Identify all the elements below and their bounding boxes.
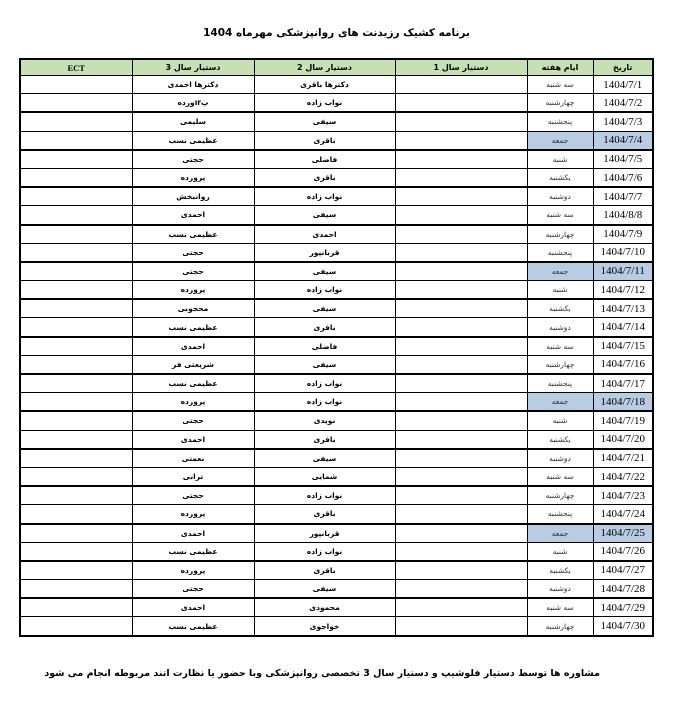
cell-date: 1404/7/14: [593, 318, 653, 337]
table-row: 1404/7/19شنبهنویدیحجتی: [20, 411, 653, 430]
cell-resident-year3: روانبخش: [132, 187, 254, 206]
table-row: 1404/7/1سه شنبهدکترها باقریدکترها احمدی: [20, 76, 653, 94]
cell-resident-year2: سیفی: [254, 299, 395, 318]
cell-ect: [20, 112, 132, 131]
cell-ect: [20, 318, 132, 337]
cell-date: 1404/7/5: [593, 150, 653, 169]
cell-resident-year3: عظیمی نسب: [132, 225, 254, 244]
cell-resident-year2: نواب زاده: [254, 281, 395, 300]
cell-resident-year3: پرورده: [132, 505, 254, 524]
cell-ect: [20, 580, 132, 599]
cell-resident-year2: نویدی: [254, 411, 395, 430]
cell-resident-year3: دکترها احمدی: [132, 76, 254, 94]
cell-resident-year3: پırورده: [132, 94, 254, 113]
cell-day: یکشنبه: [527, 561, 593, 580]
cell-date: 1404/7/11: [593, 262, 653, 281]
cell-resident-year2: باقری: [254, 168, 395, 187]
table-body: 1404/7/1سه شنبهدکترها باقریدکترها احمدی1…: [20, 76, 653, 636]
cell-day: شنبه: [527, 150, 593, 169]
table-row: 1404/7/17پنجشنبهنواب زادهعظیمی نسب: [20, 374, 653, 393]
cell-ect: [20, 299, 132, 318]
cell-day: پنجشنبه: [527, 374, 593, 393]
cell-resident-year1: [395, 449, 527, 468]
cell-resident-year1: [395, 580, 527, 599]
table-header-row: تاریخ ایام هفته دستیار سال 1 دستیار سال …: [20, 59, 653, 76]
cell-resident-year1: [395, 617, 527, 636]
cell-resident-year2: نواب زاده: [254, 542, 395, 561]
cell-date: 1404/7/13: [593, 299, 653, 318]
cell-ect: [20, 505, 132, 524]
cell-day: دوشنبه: [527, 187, 593, 206]
cell-resident-year3: حجتی: [132, 243, 254, 262]
cell-resident-year1: [395, 150, 527, 169]
cell-resident-year3: پرورده: [132, 281, 254, 300]
shift-schedule-table: تاریخ ایام هفته دستیار سال 1 دستیار سال …: [19, 58, 654, 637]
cell-date: 1404/7/1: [593, 76, 653, 94]
cell-resident-year1: [395, 393, 527, 412]
cell-resident-year1: [395, 561, 527, 580]
table-row: 1404/7/7دوشنبهنواب زادهروانبخش: [20, 187, 653, 206]
cell-date: 1404/7/12: [593, 281, 653, 300]
table-row: 1404/7/29سه شنبهمحمودیاحمدی: [20, 598, 653, 617]
cell-resident-year2: سیفی: [254, 206, 395, 225]
table-row: 1404/7/16چهارشنبهسیفیشریعتی فر: [20, 355, 653, 374]
cell-date: 1404/7/21: [593, 449, 653, 468]
cell-date: 1404/7/7: [593, 187, 653, 206]
cell-resident-year2: احمدی: [254, 225, 395, 244]
cell-date: 1404/7/25: [593, 524, 653, 543]
cell-resident-year3: عظیمی نسب: [132, 374, 254, 393]
cell-date: 1404/7/30: [593, 617, 653, 636]
cell-resident-year1: [395, 168, 527, 187]
cell-day: دوشنبه: [527, 449, 593, 468]
cell-ect: [20, 374, 132, 393]
cell-resident-year2: سیفی: [254, 355, 395, 374]
cell-date: 1404/7/29: [593, 598, 653, 617]
cell-day: پنجشنبه: [527, 243, 593, 262]
cell-ect: [20, 187, 132, 206]
cell-day: چهارشنبه: [527, 355, 593, 374]
cell-ect: [20, 617, 132, 636]
cell-resident-year3: پرورده: [132, 168, 254, 187]
cell-resident-year3: احمدی: [132, 206, 254, 225]
cell-ect: [20, 355, 132, 374]
cell-resident-year3: احمدی: [132, 598, 254, 617]
cell-resident-year3: حجتی: [132, 262, 254, 281]
cell-resident-year2: باقری: [254, 131, 395, 150]
cell-day: سه شنبه: [527, 206, 593, 225]
table-row: 1404/7/13یکشنبهسیفیمحجوبی: [20, 299, 653, 318]
cell-resident-year2: نواب زاده: [254, 374, 395, 393]
table-row: 1404/7/10پنجشنبهقربانپورحجتی: [20, 243, 653, 262]
cell-ect: [20, 393, 132, 412]
cell-resident-year3: احمدی: [132, 337, 254, 356]
cell-resident-year2: خواجوی: [254, 617, 395, 636]
cell-resident-year3: شریعتی فر: [132, 355, 254, 374]
cell-ect: [20, 150, 132, 169]
cell-resident-year3: ترابی: [132, 467, 254, 486]
cell-day: شنبه: [527, 281, 593, 300]
table-row: 1404/7/14دوشنبهباقریعظیمی نسب: [20, 318, 653, 337]
cell-day: جمعه: [527, 262, 593, 281]
footnote: مشاوره ها توسط دستیار فلوشیپ و دستیار سا…: [0, 668, 600, 679]
cell-resident-year2: باقری: [254, 318, 395, 337]
cell-ect: [20, 561, 132, 580]
cell-day: سه شنبه: [527, 76, 593, 94]
cell-ect: [20, 168, 132, 187]
cell-day: چهارشنبه: [527, 225, 593, 244]
cell-ect: [20, 94, 132, 113]
cell-resident-year3: حجتی: [132, 580, 254, 599]
cell-resident-year1: [395, 524, 527, 543]
cell-date: 1404/7/16: [593, 355, 653, 374]
cell-day: جمعه: [527, 131, 593, 150]
cell-resident-year2: نواب زاده: [254, 187, 395, 206]
cell-ect: [20, 243, 132, 262]
cell-resident-year1: [395, 318, 527, 337]
cell-resident-year1: [395, 542, 527, 561]
cell-resident-year1: [395, 225, 527, 244]
table-row: 1404/7/5شنبهفاضلیحجتی: [20, 150, 653, 169]
cell-resident-year1: [395, 411, 527, 430]
cell-ect: [20, 542, 132, 561]
cell-resident-year1: [395, 355, 527, 374]
cell-resident-year1: [395, 486, 527, 505]
cell-date: 1404/7/18: [593, 393, 653, 412]
table-row: 1404/7/15سه شنبهفاضلیاحمدی: [20, 337, 653, 356]
cell-resident-year2: باقری: [254, 430, 395, 449]
header-date: تاریخ: [593, 59, 653, 76]
cell-date: 1404/7/6: [593, 168, 653, 187]
cell-day: جمعه: [527, 524, 593, 543]
cell-ect: [20, 225, 132, 244]
cell-day: دوشنبه: [527, 580, 593, 599]
table-row: 1404/7/11جمعهسیفیحجتی: [20, 262, 653, 281]
cell-resident-year2: باقری: [254, 505, 395, 524]
cell-resident-year2: نواب زاده: [254, 94, 395, 113]
table-row: 1404/7/30چهارشنبهخواجویعظیمی نسب: [20, 617, 653, 636]
cell-resident-year1: [395, 299, 527, 318]
cell-resident-year2: فاضلی: [254, 150, 395, 169]
cell-resident-year1: [395, 430, 527, 449]
cell-resident-year1: [395, 76, 527, 94]
cell-ect: [20, 467, 132, 486]
cell-date: 1404/7/22: [593, 467, 653, 486]
cell-resident-year2: شمایی: [254, 467, 395, 486]
header-resident-year1: دستیار سال 1: [395, 59, 527, 76]
cell-date: 1404/7/9: [593, 225, 653, 244]
cell-ect: [20, 411, 132, 430]
cell-resident-year2: محمودی: [254, 598, 395, 617]
table-row: 1404/8/8سه شنبهسیفیاحمدی: [20, 206, 653, 225]
cell-ect: [20, 206, 132, 225]
cell-day: سه شنبه: [527, 337, 593, 356]
cell-date: 1404/7/27: [593, 561, 653, 580]
cell-resident-year2: سیفی: [254, 580, 395, 599]
cell-date: 1404/7/28: [593, 580, 653, 599]
cell-resident-year3: عظیمی نسب: [132, 617, 254, 636]
cell-resident-year2: نواب زاده: [254, 393, 395, 412]
cell-resident-year2: سیفی: [254, 262, 395, 281]
table-row: 1404/7/23چهارشنبهنواب زادهحجتی: [20, 486, 653, 505]
cell-day: یکشنبه: [527, 168, 593, 187]
table-row: 1404/7/24پنجشنبهباقریپرورده: [20, 505, 653, 524]
table-row: 1404/7/27یکشنبهباقریپرورده: [20, 561, 653, 580]
cell-ect: [20, 76, 132, 94]
header-ect: ECT: [20, 59, 132, 76]
cell-date: 1404/7/4: [593, 131, 653, 150]
cell-day: چهارشنبه: [527, 486, 593, 505]
cell-resident-year3: حجتی: [132, 486, 254, 505]
table-row: 1404/7/26شنبهنواب زادهعظیمی نسب: [20, 542, 653, 561]
cell-resident-year1: [395, 206, 527, 225]
cell-resident-year1: [395, 281, 527, 300]
cell-resident-year2: باقری: [254, 561, 395, 580]
cell-day: جمعه: [527, 393, 593, 412]
cell-resident-year1: [395, 505, 527, 524]
table-row: 1404/7/3پنجشنبهسیفیسلیمی: [20, 112, 653, 131]
cell-resident-year2: فاضلی: [254, 337, 395, 356]
cell-resident-year3: پرورده: [132, 393, 254, 412]
cell-date: 1404/7/24: [593, 505, 653, 524]
cell-resident-year3: پرورده: [132, 561, 254, 580]
table-row: 1404/7/2چهارشنبهنواب زادهپırورده: [20, 94, 653, 113]
table-row: 1404/7/4جمعهباقریعظیمی نسب: [20, 131, 653, 150]
cell-resident-year2: قربانپور: [254, 524, 395, 543]
cell-ect: [20, 486, 132, 505]
cell-resident-year2: نواب زاده: [254, 486, 395, 505]
cell-day: یکشنبه: [527, 299, 593, 318]
cell-date: 1404/7/23: [593, 486, 653, 505]
table-row: 1404/7/12شنبهنواب زادهپرورده: [20, 281, 653, 300]
cell-resident-year3: عظیمی نسب: [132, 318, 254, 337]
cell-resident-year1: [395, 374, 527, 393]
cell-resident-year3: عظیمی نسب: [132, 131, 254, 150]
cell-ect: [20, 131, 132, 150]
cell-resident-year1: [395, 467, 527, 486]
cell-resident-year1: [395, 598, 527, 617]
cell-date: 1404/7/26: [593, 542, 653, 561]
cell-day: سه شنبه: [527, 598, 593, 617]
cell-resident-year2: سیفی: [254, 449, 395, 468]
cell-day: یکشنبه: [527, 430, 593, 449]
cell-day: شنبه: [527, 411, 593, 430]
cell-date: 1404/7/3: [593, 112, 653, 131]
cell-ect: [20, 449, 132, 468]
table-row: 1404/7/20یکشنبهباقریاحمدی: [20, 430, 653, 449]
cell-resident-year3: نعمتی: [132, 449, 254, 468]
cell-resident-year3: حجتی: [132, 150, 254, 169]
cell-resident-year1: [395, 94, 527, 113]
cell-resident-year1: [395, 243, 527, 262]
table-row: 1404/7/9چهارشنبهاحمدیعظیمی نسب: [20, 225, 653, 244]
cell-resident-year2: دکترها باقری: [254, 76, 395, 94]
cell-ect: [20, 430, 132, 449]
cell-resident-year3: سلیمی: [132, 112, 254, 131]
table-row: 1404/7/21دوشنبهسیفینعمتی: [20, 449, 653, 468]
table-row: 1404/7/18جمعهنواب زادهپرورده: [20, 393, 653, 412]
cell-day: شنبه: [527, 542, 593, 561]
cell-resident-year3: حجتی: [132, 411, 254, 430]
table-row: 1404/7/6یکشنبهباقریپرورده: [20, 168, 653, 187]
cell-ect: [20, 281, 132, 300]
cell-resident-year1: [395, 262, 527, 281]
cell-day: دوشنبه: [527, 318, 593, 337]
header-resident-year2: دستیار سال 2: [254, 59, 395, 76]
cell-ect: [20, 337, 132, 356]
cell-resident-year3: محجوبی: [132, 299, 254, 318]
cell-ect: [20, 262, 132, 281]
cell-date: 1404/7/17: [593, 374, 653, 393]
cell-day: چهارشنبه: [527, 94, 593, 113]
cell-date: 1404/7/10: [593, 243, 653, 262]
cell-date: 1404/7/19: [593, 411, 653, 430]
cell-date: 1404/7/20: [593, 430, 653, 449]
cell-resident-year1: [395, 112, 527, 131]
cell-resident-year1: [395, 187, 527, 206]
cell-day: چهارشنبه: [527, 617, 593, 636]
cell-resident-year2: سیفی: [254, 112, 395, 131]
cell-date: 1404/8/8: [593, 206, 653, 225]
table-row: 1404/7/22سه شنبهشماییترابی: [20, 467, 653, 486]
cell-resident-year3: احمدی: [132, 430, 254, 449]
header-day: ایام هفته: [527, 59, 593, 76]
table-row: 1404/7/28دوشنبهسیفیحجتی: [20, 580, 653, 599]
cell-date: 1404/7/2: [593, 94, 653, 113]
cell-day: پنجشنبه: [527, 112, 593, 131]
cell-resident-year3: احمدی: [132, 524, 254, 543]
cell-date: 1404/7/15: [593, 337, 653, 356]
cell-ect: [20, 598, 132, 617]
cell-ect: [20, 524, 132, 543]
page-title: برنامه کشیک رزیدنت های روانپزشکی مهرماه …: [0, 27, 673, 39]
header-resident-year3: دستیار سال 3: [132, 59, 254, 76]
cell-resident-year3: عظیمی نسب: [132, 542, 254, 561]
cell-day: پنجشنبه: [527, 505, 593, 524]
cell-resident-year1: [395, 337, 527, 356]
cell-resident-year2: قربانپور: [254, 243, 395, 262]
table-row: 1404/7/25جمعهقربانپوراحمدی: [20, 524, 653, 543]
cell-resident-year1: [395, 131, 527, 150]
cell-day: سه شنبه: [527, 467, 593, 486]
